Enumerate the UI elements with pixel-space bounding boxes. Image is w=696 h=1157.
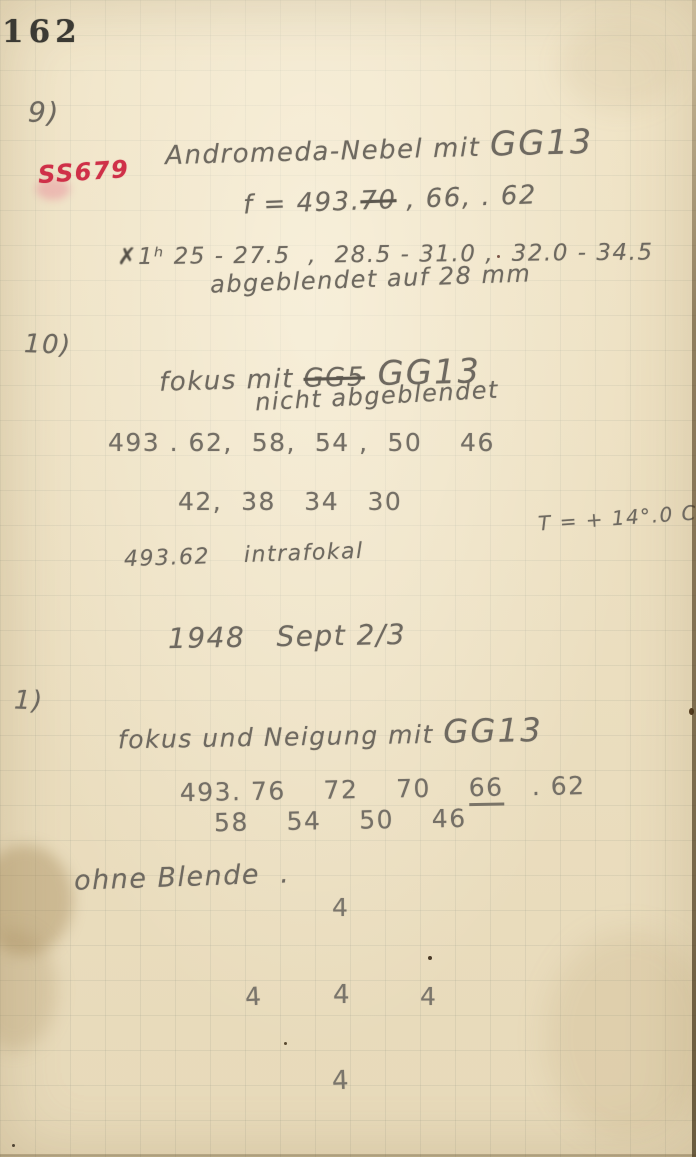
speck-3 [284,1042,287,1045]
stain-left-lower [0,930,57,1050]
count-mark-left: 4 [244,982,263,1012]
row1-suffix: . 62 [503,771,586,801]
count-mark-top: 4 [332,893,349,922]
temperature-note: T = + 14°.0 C [537,500,696,535]
count-mark-bottom: 4 [331,1066,350,1097]
page-number-stamp: 162 [2,14,82,50]
row1-underlined-value: 66 [468,773,503,807]
focus-value-struck: 70 [360,185,397,216]
notebook-page: 162 9) Andromeda-Nebel mit GG13 SS679 f … [0,0,696,1157]
plate-reference: SS679 [37,155,130,189]
speck-1 [428,956,432,960]
entry10-index: 10) [23,329,72,361]
focus-rest: , 66, . 62 [396,180,537,215]
speck-4 [12,1144,15,1147]
stain-left-large [0,845,73,955]
intrafocal-note: 493.62 intrafokal [124,539,364,572]
row1-prefix: 493. 76 72 70 [180,773,469,807]
scribble-mark: ✗ [117,244,138,270]
entry10-focus-row-1: 493 . 62, 58, 54 , 50 46 [108,428,495,457]
session-entry1-index: 1) [13,685,44,716]
session-entry1-row-2: 58 54 50 46 [214,804,467,837]
entry9-index: 9) [27,95,60,129]
session-entry1-aperture-note: ohne Blende . [74,858,291,897]
count-mark-mid: 4 [333,980,351,1010]
entry10-focus-row-2: 42, 38 34 30 [178,487,402,516]
stain-bottom-right [545,930,696,1140]
page-edge-shadow-right [692,0,696,1157]
session-date: 1948 Sept 2/3 [168,618,407,655]
count-mark-right: 4 [420,982,437,1011]
